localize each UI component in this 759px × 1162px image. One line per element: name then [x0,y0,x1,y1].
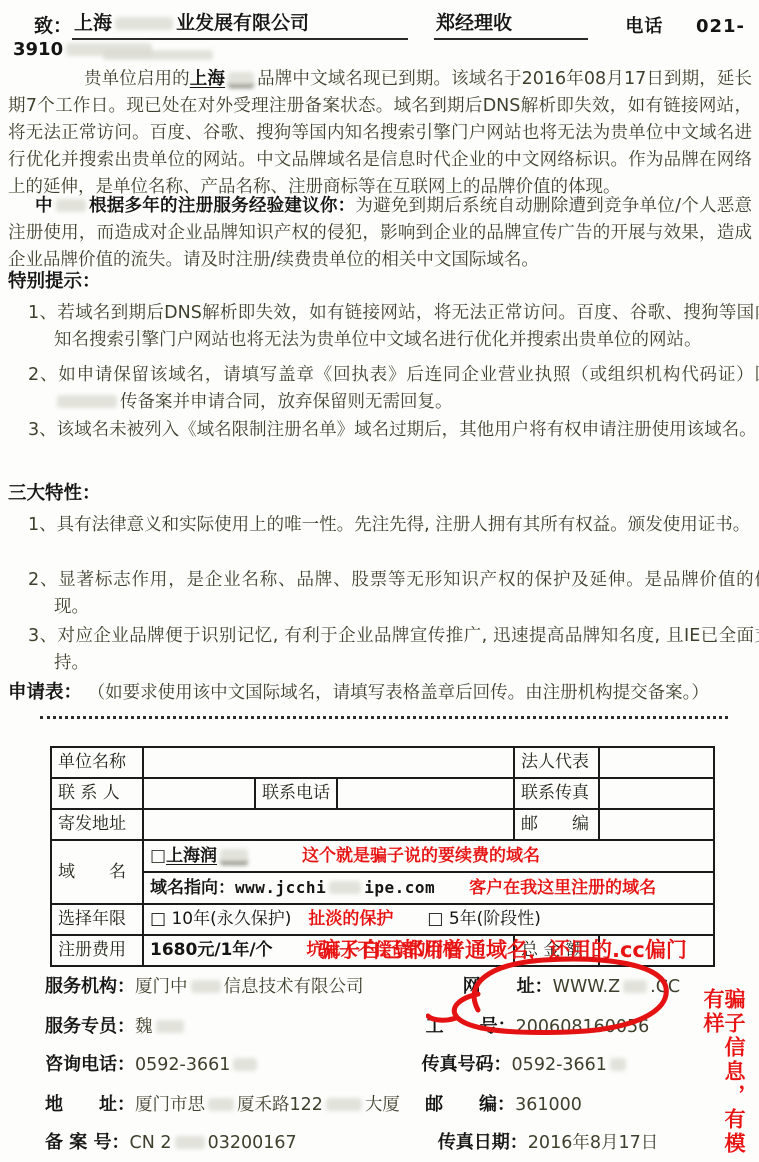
phone-label: 电话 [625,16,663,37]
zip-code-label: 邮 编 [514,809,599,840]
phone-line: 电话 021- [625,13,745,40]
annotation-cc-domain: 骗子自己都用普通域名，还用的.cc偏门 [318,937,687,964]
consult-phone-row: 咨询电话：0592-3661 传真号码：0592-3661 [45,1051,629,1079]
redaction-smudge [103,50,213,60]
application-form-intro: 申请表： （如要求使用该中文国际域名，请填写表格盖章后回传。由注册机构提交备案。… [8,679,752,707]
scam-fax-document: 致： 上海业发展有限公司 郑经理收 电话 021- 3910 贵单位启用的上海品… [0,0,759,1162]
record-number: 备 案 号：CN 203200167 [45,1133,297,1153]
application-form-note: （如要求使用该中文国际域名，请填写表格盖章后回传。由注册机构提交备案。） [88,683,709,703]
mailing-address-label: 寄发地址 [51,809,143,840]
table-row-mailing: 寄发地址 邮 编 [51,809,714,840]
postal-code: 邮 编：361000 [425,1095,582,1115]
special-notice-heading: 特别提示： [8,268,101,295]
consult-phone: 咨询电话：0592-3661 [45,1055,260,1075]
table-row-company: 单位名称 法人代表 [51,747,714,778]
feature-item-1: 1、具有法律意义和实际使用上的唯一性。先注先得, 注册人拥有其所有权益。颁发使用… [28,512,759,539]
contact-fax-label: 联系传真 [514,778,599,809]
application-form-label: 申请表： [8,682,82,703]
fax-number: 传真号码：0592-3661 [422,1055,629,1075]
fee-label: 注册费用 [51,935,143,966]
term-label: 选择年限 [51,904,143,935]
body-paragraph-expiry-notice: 贵单位启用的上海品牌中文域名现已到期。该域名于2016年08月17日到期，延长期… [8,66,752,201]
mailing-address-field[interactable] [143,809,514,840]
application-table: 单位名称 法人代表 联 系 人 联系电话 联系传真 寄发地址 邮 编 域 名 □… [50,746,715,967]
record-number-row: 备 案 号：CN 203200167 传真日期：2016年8月17日 [45,1129,658,1157]
contact-tel-field[interactable] [337,778,514,809]
table-row-domain-2: 域名指向：www.jcchiipe.com 客户在我这里注册的域名 [51,872,714,904]
contact-fax-field[interactable] [599,778,714,809]
body-paragraph-advice: 中根据多年的注册服务经验建议你：为避免到期后系统自动删除遭到竞争单位/个人恶意注… [8,193,752,274]
website: 网 址：WWW.Z.CC [463,977,680,997]
feature-item-2: 2、显著标志作用，是企业名称、品牌、股票等无形知识产权的保护及延伸。是品牌价值的… [28,567,759,621]
service-org: 服务机构：厦门中信息技术有限公司 [45,977,364,997]
zip-code-field[interactable] [599,809,714,840]
table-row-term: 选择年限 □ 10年(永久保护) 扯淡的保护 □ 5年(阶段性) [51,904,714,935]
special-notice-item-1: 1、若域名到期后DNS解析即失效，如有链接网站，将无法正常访问。百度、谷歌、搜狗… [28,300,759,354]
term-options[interactable]: □ 10年(永久保护) 扯淡的保护 □ 5年(阶段性) [143,904,714,935]
legal-rep-label: 法人代表 [514,747,599,778]
company-name-field[interactable] [143,747,514,778]
features-heading: 三大特性： [8,480,101,507]
legal-rep-field[interactable] [599,747,714,778]
service-agent-row: 服务专员：魏 工 号：200608160056 [45,1013,649,1041]
domain-checkbox-line[interactable]: □上海润 这个就是骗子说的要续费的域名 [143,840,714,872]
special-notice-item-3: 3、该域名未被列入《域名限制注册名单》域名过期后，其他用户将有权申请注册使用该域… [28,417,759,444]
contact-person-field[interactable] [143,778,255,809]
dotted-separator [40,716,728,719]
service-org-row: 服务机构：厦门中信息技术有限公司 网 址：WWW.Z.CC [45,973,680,1001]
employee-id: 工 号：200608160056 [426,1017,650,1037]
special-notice-item-2: 2、如申请保留该域名，请填写盖章《回执表》后连同企业营业执照（或组织机构代码证）… [28,362,759,416]
contact-tel-label: 联系电话 [255,778,337,809]
company-name-label: 单位名称 [51,747,143,778]
fax-date: 传真日期：2016年8月17日 [438,1133,658,1153]
service-agent: 服务专员：魏 [45,1017,187,1037]
street-address: 地 址：厦门市思厦禾路122大厦 [45,1095,400,1115]
contact-person-label: 联 系 人 [51,778,143,809]
address-row: 地 址：厦门市思厦禾路122大厦 邮 编：361000 [45,1091,582,1119]
attention-name: 郑经理收 [434,10,588,40]
feature-item-3: 3、对应企业品牌便于识别记忆, 有利于企业品牌宣传推广, 迅速提高品牌知名度, … [28,623,759,677]
table-row-contact: 联 系 人 联系电话 联系传真 [51,778,714,809]
domain-label: 域 名 [51,840,143,904]
annotation-vertical-scammer-info: 骗子信息，有模有样 [702,988,744,1160]
phone-number: 021- [696,16,745,37]
table-row-domain-1: 域 名 □上海润 这个就是骗子说的要续费的域名 [51,840,714,872]
domain-pointer-line: 域名指向：www.jcchiipe.com 客户在我这里注册的域名 [143,872,714,904]
